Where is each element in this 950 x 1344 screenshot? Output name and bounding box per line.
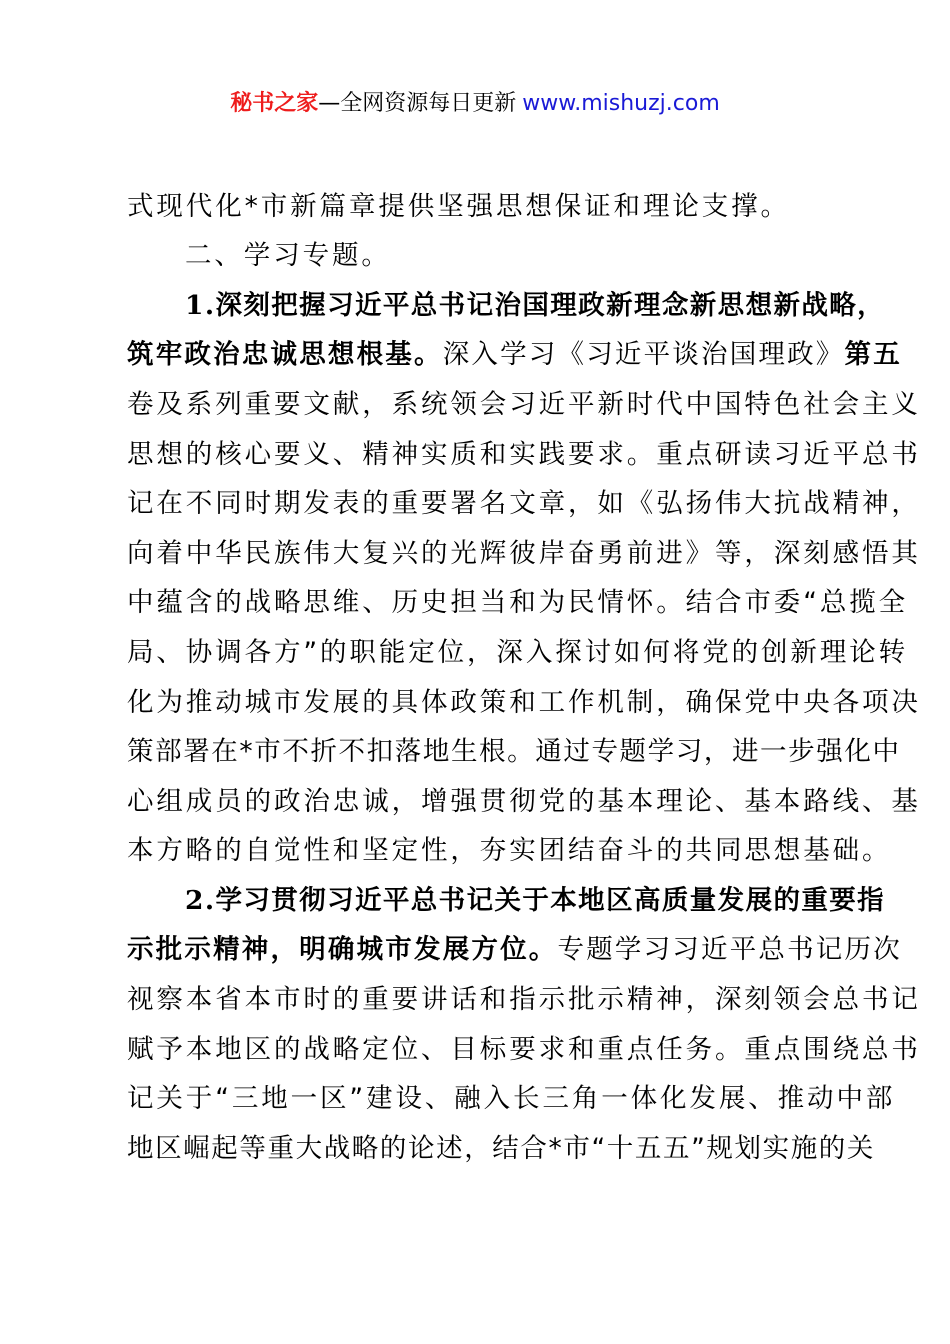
topic1-body-line: 心组成员的政治忠诚，增强贯彻党的基本理论、基本路线、基 xyxy=(127,782,833,822)
topic1-title-part2: 筑牢政治忠诚思想根基。 xyxy=(127,339,443,370)
site-url-link[interactable]: www.mishuzj.com xyxy=(522,91,719,116)
topic2-body-line: 视察本省本市时的重要讲话和指示批示精神，深刻领会总书记 xyxy=(127,980,833,1020)
topic1-body-line: 策部署在*市不折不扣落地生根。通过专题学习，进一步强化中 xyxy=(127,732,833,772)
topic1-number: 1. xyxy=(185,290,215,321)
topic1-body-line: 中蕴含的战略思维、历史担当和为民情怀。结合市委“总揽全 xyxy=(127,583,833,623)
topic1-title-line2: 筑牢政治忠诚思想根基。深入学习《习近平谈治国理政》第五 xyxy=(127,335,833,375)
topic2-body-line: 记关于“三地一区”建设、融入长三角一体化发展、推动中部 xyxy=(127,1079,833,1119)
topic1-line2-bold: 第五 xyxy=(845,339,902,370)
topic2-title-line2: 示批示精神，明确城市发展方位。专题学习习近平总书记历次 xyxy=(127,930,833,970)
continuation-line: 式现代化*市新篇章提供坚强思想保证和理论支撑。 xyxy=(127,187,833,227)
topic1-body-line: 局、协调各方”的职能定位，深入探讨如何将党的创新理论转 xyxy=(127,633,833,673)
brand-name: 秘书之家 xyxy=(230,91,318,116)
topic1-body-line: 思想的核心要义、精神实质和实践要求。重点研读习近平总书 xyxy=(127,435,833,475)
topic1-line2-text: 深入学习《习近平谈治国理政》 xyxy=(443,339,845,370)
site-header: 秘书之家—全网资源每日更新www.mishuzj.com xyxy=(0,88,950,120)
topic1-body-line: 记在不同时期发表的重要署名文章，如《弘扬伟大抗战精神， xyxy=(127,484,833,524)
header-tagline: —全网资源每日更新 xyxy=(318,91,516,116)
topic2-title-part2: 示批示精神，明确城市发展方位。 xyxy=(127,934,558,965)
topic1-body-line: 本方略的自觉性和坚定性，夯实团结奋斗的共同思想基础。 xyxy=(127,831,833,871)
topic1-title-part1: 深刻把握习近平总书记治国理政新理念新思想新战略， xyxy=(215,290,885,321)
topic2-number: 2. xyxy=(185,885,215,916)
topic2-line2-text: 专题学习习近平总书记历次 xyxy=(558,934,902,965)
topic1-body-line: 向着中华民族伟大复兴的光辉彼岸奋勇前进》等，深刻感悟其 xyxy=(127,534,833,574)
topic1-title-line1: 1.深刻把握习近平总书记治国理政新理念新思想新战略， xyxy=(185,286,833,326)
topic1-body-line: 化为推动城市发展的具体政策和工作机制，确保党中央各项决 xyxy=(127,683,833,723)
topic2-body-line: 赋予本地区的战略定位、目标要求和重点任务。重点围绕总书 xyxy=(127,1030,833,1070)
topic1-body-line: 卷及系列重要文献，系统领会习近平新时代中国特色社会主义 xyxy=(127,385,833,425)
topic2-title-part1: 学习贯彻习近平总书记关于本地区高质量发展的重要指 xyxy=(215,885,885,916)
section-heading: 二、学习专题。 xyxy=(185,236,833,276)
topic2-body-line: 地区崛起等重大战略的论述，结合*市“十五五”规划实施的关 xyxy=(127,1129,833,1169)
topic2-title-line1: 2.学习贯彻习近平总书记关于本地区高质量发展的重要指 xyxy=(185,881,833,921)
